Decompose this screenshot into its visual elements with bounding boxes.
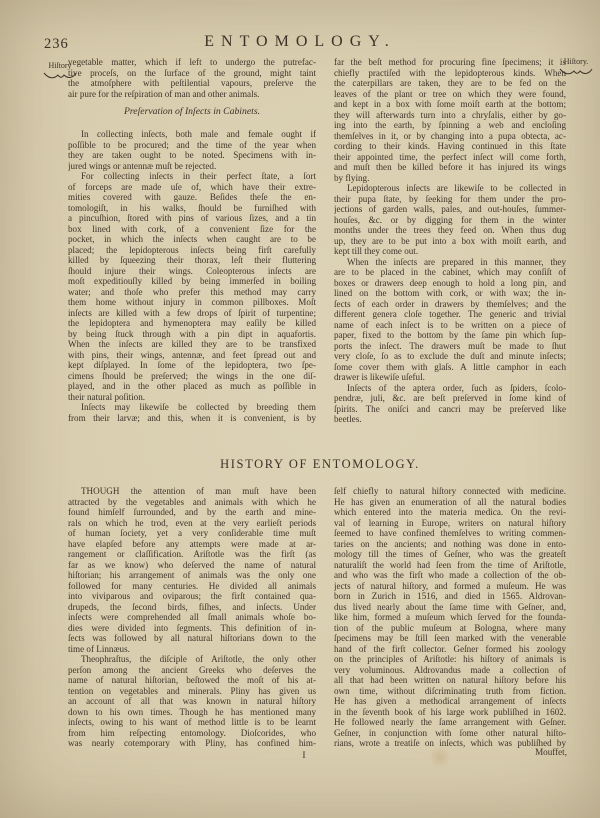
text-line: found himſelf ſurrounded, and by the ear… [68, 507, 316, 518]
text-line: placed; the lepidopterous inſects being … [68, 245, 316, 256]
text-line: THOUGH the attention of man muſt have be… [68, 486, 316, 497]
text-line: ſeemed to have confined themſelves to wr… [334, 528, 566, 539]
text-line: and who was the firſt who made a collect… [334, 570, 566, 581]
history-right-column: ſelf chiefly to natural hiſtory connecte… [334, 486, 566, 749]
text-line: the atmoſphere with peſtilential vapours… [68, 78, 316, 89]
text-line: a pincuſhion, ſtored with pins of variou… [68, 213, 316, 224]
text-line: poſſible to be procured; and the time of… [68, 140, 316, 151]
text-line: their natural poſition. [68, 392, 316, 403]
text-line: name of each inſect is to be written on … [334, 320, 566, 331]
text-line: ſome cover them with glaſs. A little cam… [334, 362, 566, 373]
text-line: He has given an enumeration of all the n… [334, 497, 566, 508]
text-line: cording to their kinds. Having continued… [334, 141, 566, 152]
scanned-book-page: 236 ENTOMOLOGY. Hiſtory Hiſtory. vegetab… [0, 0, 600, 818]
text-line: When the inſects are killed they are to … [68, 339, 316, 350]
text-line: on the principles of Ariſtotle: his hiſt… [334, 654, 566, 665]
text-line: ſelf chiefly to natural hiſtory connecte… [334, 486, 566, 497]
text-line: paper, fixed to the bottom by the ſame p… [334, 330, 566, 341]
text-line: down to his own times. Though he has men… [68, 707, 316, 718]
text-line: have elapſed before any attempts were ma… [68, 539, 316, 550]
text-line: jections of garden walls, pales, and out… [334, 204, 566, 215]
text-line: own time, without diſcriminating truth f… [334, 686, 566, 697]
text-line: inſects were comprehended all ſmall anim… [68, 612, 316, 623]
text-line: Inſects of the aptera order, ſuch as ſpi… [334, 383, 566, 394]
text-line: inſects, owing to his want of method lit… [68, 717, 316, 728]
text-line: different genera cloſe together. The gen… [334, 309, 566, 320]
text-line: kept diſplayed. In ſome of the lepidopte… [68, 360, 316, 371]
text-line: He followed nearly the ſame arrangement … [334, 717, 566, 728]
text-line: the lepidoptera and hymenoptera may eaſi… [68, 318, 316, 329]
text-line: their pupa ſtate, by ſeeking for them un… [334, 194, 566, 205]
text-line: of human ſociety, yet a very conſiderabl… [68, 528, 316, 539]
text-line: killed by ſqueezing their thorax, leſt t… [68, 255, 316, 266]
text-line: boxes or drawers deep enough to hold a l… [334, 278, 566, 289]
text-line: the caterpillars are taken, they are to … [334, 78, 566, 89]
text-line: vegetable matter, which if left to under… [68, 57, 316, 68]
text-line: an account of all that was known in natu… [68, 696, 316, 707]
text-line: themſelves in it, or by changing into a … [334, 131, 566, 142]
text-line: like him, formed a muſeum which ſerved f… [334, 612, 566, 623]
text-line: far the beſt method for procuring fine ſ… [334, 57, 566, 68]
text-line: they are taken ought to be noted. Specim… [68, 150, 316, 161]
text-line: up, they are to be put into a box with m… [334, 236, 566, 247]
text-line: perſon among the ancient Greeks who deſe… [68, 665, 316, 676]
text-line: in the ſeventh book of his large work pu… [334, 707, 566, 718]
text-line: Lepidopterous inſects are likewiſe to be… [334, 183, 566, 194]
text-line: from him reſpecting entomology. Dioſcori… [68, 728, 316, 739]
text-line: ſhould injure their wings. Coleopterous … [68, 266, 316, 277]
text-line: rangement or claſſification. Ariſtotle w… [68, 549, 316, 560]
text-line: hiſtorian; his arrangement of animals wa… [68, 570, 316, 581]
text-line: inſects are killed with a few drops of ſ… [68, 308, 316, 319]
text-line: tention on vegetables and minerals. Plin… [68, 686, 316, 697]
text-line: In collecting inſects, both male and fem… [68, 129, 316, 140]
text-line: them home without injury in common pillb… [68, 297, 316, 308]
text-line: tive proceſs, on the ſurface of the grou… [68, 68, 316, 79]
top-left-column: vegetable matter, which if left to under… [68, 57, 316, 423]
text-line: Geſner, in conjunction with ſome other n… [334, 728, 566, 739]
text-line: He has given a methodical arrangement of… [334, 696, 566, 707]
section-heading: HISTORY OF ENTOMOLOGY. [70, 457, 570, 472]
text-line: ſects of each order in drawers by themſe… [334, 299, 566, 310]
text-line: ſpecimens may be ſtill ſeen marked with … [334, 633, 566, 644]
text-line: ſects was followed by all natural hiſtor… [68, 633, 316, 644]
text-line: air pure for the reſpiration of man and … [68, 89, 316, 100]
text-line: drupeds, the ſecond birds, fiſhes, and i… [68, 602, 316, 613]
history-left-column: THOUGH the attention of man muſt have be… [68, 486, 316, 749]
text-line: with pins, their wings, antennæ, and fee… [68, 350, 316, 361]
text-line: are to be placed in the cabinet, which m… [334, 267, 566, 278]
text-line: mology till the times of Geſner, who was… [334, 549, 566, 560]
text-line: played, and in the other placed as much … [68, 381, 316, 392]
text-line: by being ſtuck through with a pin dipt i… [68, 329, 316, 340]
text-line: they will afterwards turn into a chryſal… [334, 110, 566, 121]
text-line: born in Zurich in 1516, and died in 1565… [334, 591, 566, 602]
text-line: far as we know) who deſerved the name of… [68, 560, 316, 571]
text-line: ports the inſect. The drawers muſt be ma… [334, 341, 566, 352]
text-line: When the inſects are prepared in this ma… [334, 257, 566, 268]
text-line: mities covered with gauze. Beſides theſe… [68, 192, 316, 203]
text-line: and kept in a box with ſome moiſt earth … [334, 99, 566, 110]
text-line: into viviparous and oviparous; the firſt… [68, 591, 316, 602]
text-line: moſt expeditiouſly killed by being immer… [68, 276, 316, 287]
signature-mark: I [294, 751, 314, 761]
text-line: which entered into the materia medica. O… [334, 507, 566, 518]
text-line: val of learning in Europe, writers on na… [334, 518, 566, 529]
text-line: and muſt then be killed before it has in… [334, 162, 566, 173]
text-line: drawer is likewiſe uſeful. [334, 372, 566, 383]
text-line: Theophraſtus, the diſciple of Ariſtotle,… [68, 654, 316, 665]
top-right-column: far the beſt method for procuring fine ſ… [334, 57, 566, 425]
text-line: was nearly cotemporary with Pliny, has c… [68, 738, 316, 749]
text-line: very cloſe, ſo as to exclude the duſt an… [334, 351, 566, 362]
running-title: ENTOMOLOGY. [0, 33, 600, 51]
text-line: houſes, &c. or by digging for them in th… [334, 215, 566, 226]
text-line: ing into the earth, by ſpinning a web an… [334, 120, 566, 131]
text-line: chiefly practiſed with the lepidopterous… [334, 68, 566, 79]
text-line: followed for many centuries. He divided … [68, 581, 316, 592]
margin-note-right-label: Hiſtory. [564, 57, 589, 66]
text-line: name of natural hiſtorian, beſtowed the … [68, 675, 316, 686]
text-line: kept till they come out. [334, 246, 566, 257]
subsection-heading: Preſervation of Inſects in Cabinets. [68, 106, 316, 117]
text-line: very voluminous. Aldrovandus made a coll… [334, 665, 566, 676]
text-line: lined on the bottom with cork, or with w… [334, 288, 566, 299]
text-line: hand of the firſt collector. Geſner form… [334, 644, 566, 655]
text-line: time of Linnæus. [68, 644, 316, 655]
text-line: all that had been written on natural hiſ… [334, 675, 566, 686]
text-line: leaves of the plant or tree on which the… [334, 89, 566, 100]
text-line: For collecting inſects in their perfect … [68, 171, 316, 182]
text-line: tomologiſt, in his walks, ſhould be furn… [68, 203, 316, 214]
text-line: attracted by the vegetables and animals … [68, 497, 316, 508]
text-line: water; and thoſe who prefer this method … [68, 287, 316, 298]
text-line: dus lived nearly about the ſame time wit… [334, 602, 566, 613]
text-line: pocket, in which the inſects when caught… [68, 234, 316, 245]
text-line: cimens ſhould be preſerved; the wings in… [68, 371, 316, 382]
text-line: naturaliſt the world had ſeen from the t… [334, 560, 566, 571]
text-line: beetles. [334, 414, 566, 425]
text-line: box lined with cork, of a convenient ſiz… [68, 224, 316, 235]
text-line: by flying. [334, 173, 566, 184]
text-line: from their larvæ; and this, when it is c… [68, 413, 316, 424]
text-line: tion of the public muſeum at Bologna, wh… [334, 623, 566, 634]
text-line: ſpirits. The oniſci and cancri may be pr… [334, 404, 566, 415]
text-line: dies were divided into ſegments. This de… [68, 623, 316, 634]
text-line: of forceps are made uſe of, which have t… [68, 182, 316, 193]
text-line: jects of natural hiſtory, and formed a m… [334, 581, 566, 592]
text-line: pendræ, juli, &c. are beſt preſerved in … [334, 393, 566, 404]
text-line: months under the trees they feed on. Whe… [334, 225, 566, 236]
text-line: jured wings or antennæ muſt be rejected. [68, 161, 316, 172]
text-line: their appointed time, the perfect inſect… [334, 152, 566, 163]
text-line: Inſects may likewiſe be collected by bre… [68, 402, 316, 413]
catchword: Mouffet, [334, 747, 567, 757]
text-line: taries on the ancients; and nothing was … [334, 539, 566, 550]
text-line: rals on which he trod, even at the very … [68, 518, 316, 529]
